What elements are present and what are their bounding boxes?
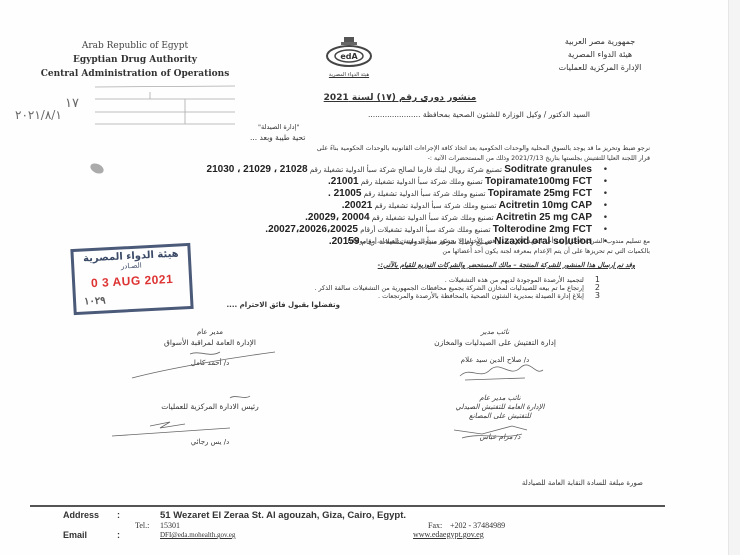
product-batches: 20004 ،20029. <box>305 212 369 223</box>
email-colon: : <box>117 530 120 540</box>
footer-divider <box>30 505 665 507</box>
cc-note: صورة مبلغة للسادة النقابة العامة للصيادل… <box>522 479 643 487</box>
product-name: Topiramate100mg FCT <box>485 176 592 187</box>
signatory-dept: الإدارة العامة لمراقبة الأسواق <box>140 338 280 347</box>
ink-smudge <box>89 161 105 175</box>
outgoing-stamp: هيئة الدواء المصرية الصـادر 0 3 AUG 2021… <box>70 243 193 315</box>
product-desc: تصنيع وملك شركة سبأ الدولية تشغيلات أرقا… <box>360 226 490 234</box>
eda-logo-icon: edA <box>325 36 373 70</box>
page-edge <box>728 0 740 555</box>
signatory-role: نائب مدير عام <box>420 394 580 402</box>
product-item: Topiramate 25mg FCT تصنيع وملك شركة سبأ … <box>140 188 610 200</box>
signature-block: نائب مدير إدارة التفتيش على الصيدليات وا… <box>405 328 585 364</box>
signatory-dept: إدارة التفتيش على الصيدليات والمخازن <box>405 338 585 347</box>
action-text: لتجميد الأرصدة الموجودة لديهم من هذه الت… <box>445 276 584 284</box>
stamp-date: 0 3 AUG 2021 <box>75 271 190 291</box>
action-item: 2 إرتجاع ما تم بيعه للصيدليات لمخازن الش… <box>314 284 600 292</box>
signatory-dept: الإدارة العامة للتفتيش الصيدلي <box>420 403 580 411</box>
svg-text:edA: edA <box>340 52 358 61</box>
product-desc: تصنيع وملك شركة سبأ الدولية تشغيلة رقم <box>375 202 497 210</box>
product-name: Soditrate granules <box>504 164 592 175</box>
fax-value: +202 - 37484989 <box>450 521 505 530</box>
product-batches: 20021. <box>342 200 373 211</box>
product-name: Topiramate 25mg FCT <box>488 188 592 199</box>
signature-scrawl <box>452 420 532 442</box>
email-label: Email <box>63 530 87 540</box>
tel-label: Tel.: <box>135 521 149 530</box>
signatory-dept-sub: للتفتيش على المصانع <box>420 412 580 420</box>
logo-caption: هيئة الدواء المصرية <box>318 72 380 78</box>
header-arabic-line: هيئة الدواء المصرية <box>540 48 660 61</box>
product-batches: 21001. <box>328 176 359 187</box>
action-text: إبلاغ إدارة الصيدلة بمديرية الشئون الصحي… <box>378 292 584 300</box>
action-text: إرتجاع ما تم بيعه للصيدليات لمخازن الشرك… <box>314 284 584 292</box>
department-label: "إدارة الصيدلة" <box>258 123 299 131</box>
signature-scrawl <box>110 392 260 442</box>
product-item: Tolterodine 2mg FCT تصنيع وملك شركة سبأ … <box>140 224 610 236</box>
product-item: Topiramate100mg FCT تصنيع وملك شركة سبأ … <box>140 176 610 188</box>
action-item: 3 إبلاغ إدارة الصيدلة بمديرية الشئون الص… <box>314 292 600 300</box>
address-value: 51 Wezaret El Zeraa St. Al agouzah, Giza… <box>160 510 406 521</box>
handwritten-ref: ١٧ <box>65 96 79 111</box>
greeting: تحية طيبة وبعد ... <box>250 133 305 142</box>
signatory-role: مدير عام <box>140 328 280 336</box>
actions-list: 1 لتجميد الأرصدة الموجودة لديهم من هذه ا… <box>314 276 600 300</box>
product-item: Acitretin 10mg CAP تصنيع وملك شركة سبأ ا… <box>140 200 610 212</box>
product-batches: 20027،20026،20025. <box>265 224 358 235</box>
action-item: 1 لتجميد الأرصدة الموجودة لديهم من هذه ا… <box>314 276 600 284</box>
product-batches: 21028 ، 21029 ، 21030 <box>207 164 308 175</box>
document-page: Arab Republic of Egypt Egyptian Drug Aut… <box>0 0 740 555</box>
address-label: Address <box>63 510 99 520</box>
tel-value: 15301 <box>160 521 180 530</box>
signature-scrawl <box>130 348 280 380</box>
header-english: Arab Republic of Egypt Egyptian Drug Aut… <box>35 39 235 81</box>
intro-line: نرجو ضبط وتحريز ما قد يوجد بالسوق المحلي… <box>317 145 650 152</box>
signature-scrawl <box>455 362 545 384</box>
closing: وتفضلوا بقبول فائق الاحترام .... <box>227 301 340 309</box>
signatory-role: نائب مدير <box>405 328 585 336</box>
header-arabic-line: جمهورية مصر العربية <box>540 35 660 48</box>
stamp-number: ١٠٢٩ <box>76 291 190 308</box>
header-english-line: Central Administration of Operations <box>5 67 265 81</box>
header-arabic: جمهورية مصر العربية هيئة الدواء المصرية … <box>540 35 660 74</box>
website-link[interactable]: www.edaegypt.gov.eg <box>413 530 484 539</box>
product-item: Soditrate granules تصنيع شركة رويال لينك… <box>140 164 610 176</box>
circular-title: منشور دوري رقم (١٧) لسنة 2021 <box>270 93 530 103</box>
header-english-line: Egyptian Drug Authority <box>35 53 235 67</box>
action-number: 3 <box>586 292 600 300</box>
product-desc: تصنيع وملك شركة سبأ الدولية تشغيلة رقم <box>361 178 483 186</box>
product-name: Tolterodine 2mg FCT <box>493 224 592 235</box>
product-desc: تصنيع وملك شركة سبأ الدولية تشغيلة رقم <box>364 190 486 198</box>
fax-label: Fax: <box>428 521 442 530</box>
product-desc: تصنيع شركة رويال لينك فارما لصالح شركة س… <box>310 166 502 174</box>
handover-line: مع تسليم مندوب الشركة الأحراز بعد أخذ ال… <box>347 238 650 245</box>
address-colon: : <box>117 510 120 520</box>
email-link[interactable]: DFI@eda.mohealth.gov.eg <box>160 531 235 539</box>
header-english-line: Arab Republic of Egypt <box>35 39 235 53</box>
product-name: Acitretin 10mg CAP <box>499 200 592 211</box>
addressee: السيد الدكتور / وكيل الوزارة للشئون الصح… <box>368 110 590 119</box>
product-item: Acitretin 25 mg CAP تصنيع وملك شركة سبأ … <box>140 212 610 224</box>
product-list: Soditrate granules تصنيع شركة رويال لينك… <box>140 164 610 248</box>
handover-line: بالكميات التي تم تحريزها على أن يتم الإع… <box>442 248 650 255</box>
product-desc: تصنيع وملك شركة سبأ الدولية تشغيلة رقم <box>372 214 494 222</box>
intro-line: قرار اللجنة العليا للتفتيش بجلستها بتاري… <box>428 155 650 162</box>
product-batches: 21005 . <box>328 188 361 199</box>
product-name: Acitretin 25 mg CAP <box>496 212 592 223</box>
distribution-note: وقد تم إرسال هذا المنشور للشركة المنتجة … <box>378 261 635 269</box>
header-arabic-line: الإدارة المركزية للعمليات <box>540 61 660 74</box>
filing-table <box>85 82 245 132</box>
handwritten-date: ٢٠٢١/٨/١ <box>15 108 62 122</box>
